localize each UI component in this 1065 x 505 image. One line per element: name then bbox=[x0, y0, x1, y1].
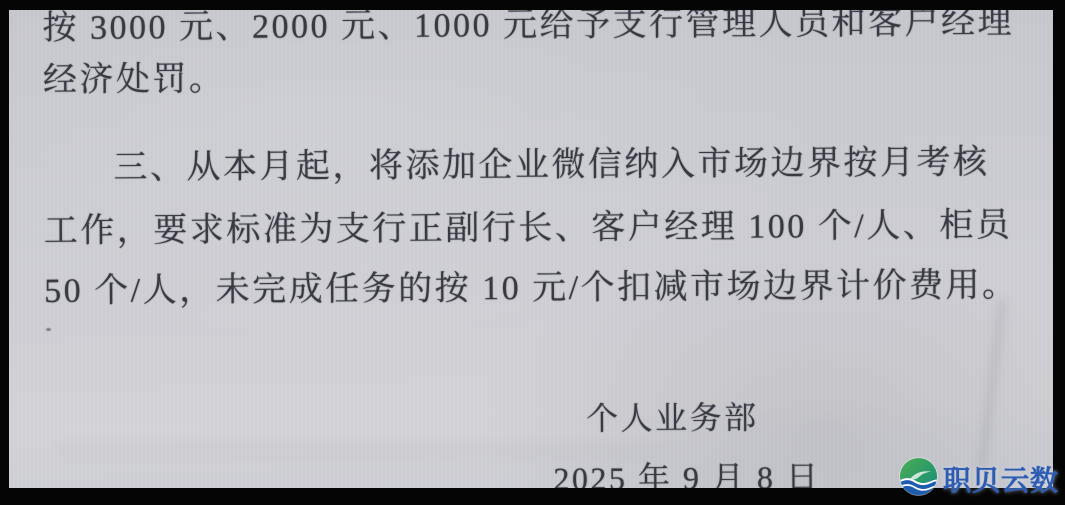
letterbox-bar-right bbox=[1053, 0, 1065, 505]
document-line: 工作，要求标准为支行正副行长、客户经理 100 个/人、柜员 bbox=[44, 209, 1013, 249]
signature-department: 个人业务部 bbox=[586, 402, 759, 435]
document-line: 经济处罚。 bbox=[43, 63, 226, 98]
document-line: 三、从本月起，将添加企业微信纳入市场边界按月考核 bbox=[113, 146, 989, 185]
document-line: 50 个/人，未完成任务的按 10 元/个扣减市场边界计价费用。 bbox=[44, 269, 1019, 309]
photographed-document: 按 3000 元、2000 元、1000 元给予支行管理人员和客户经理 经济处罚… bbox=[0, 0, 1065, 505]
watermark: 职贝云数 bbox=[898, 456, 1059, 502]
zhibei-wave-globe-logo-icon bbox=[898, 456, 939, 502]
watermark-brand-text: 职贝云数 bbox=[943, 459, 1059, 499]
document-line: 按 3000 元、2000 元、1000 元给予支行管理人员和客户经理 bbox=[43, 6, 1015, 46]
document-body: 按 3000 元、2000 元、1000 元给予支行管理人员和客户经理 经济处罚… bbox=[0, 0, 1065, 505]
letterbox-bar-left bbox=[0, 0, 9, 505]
letterbox-bar-top bbox=[0, 0, 1065, 10]
